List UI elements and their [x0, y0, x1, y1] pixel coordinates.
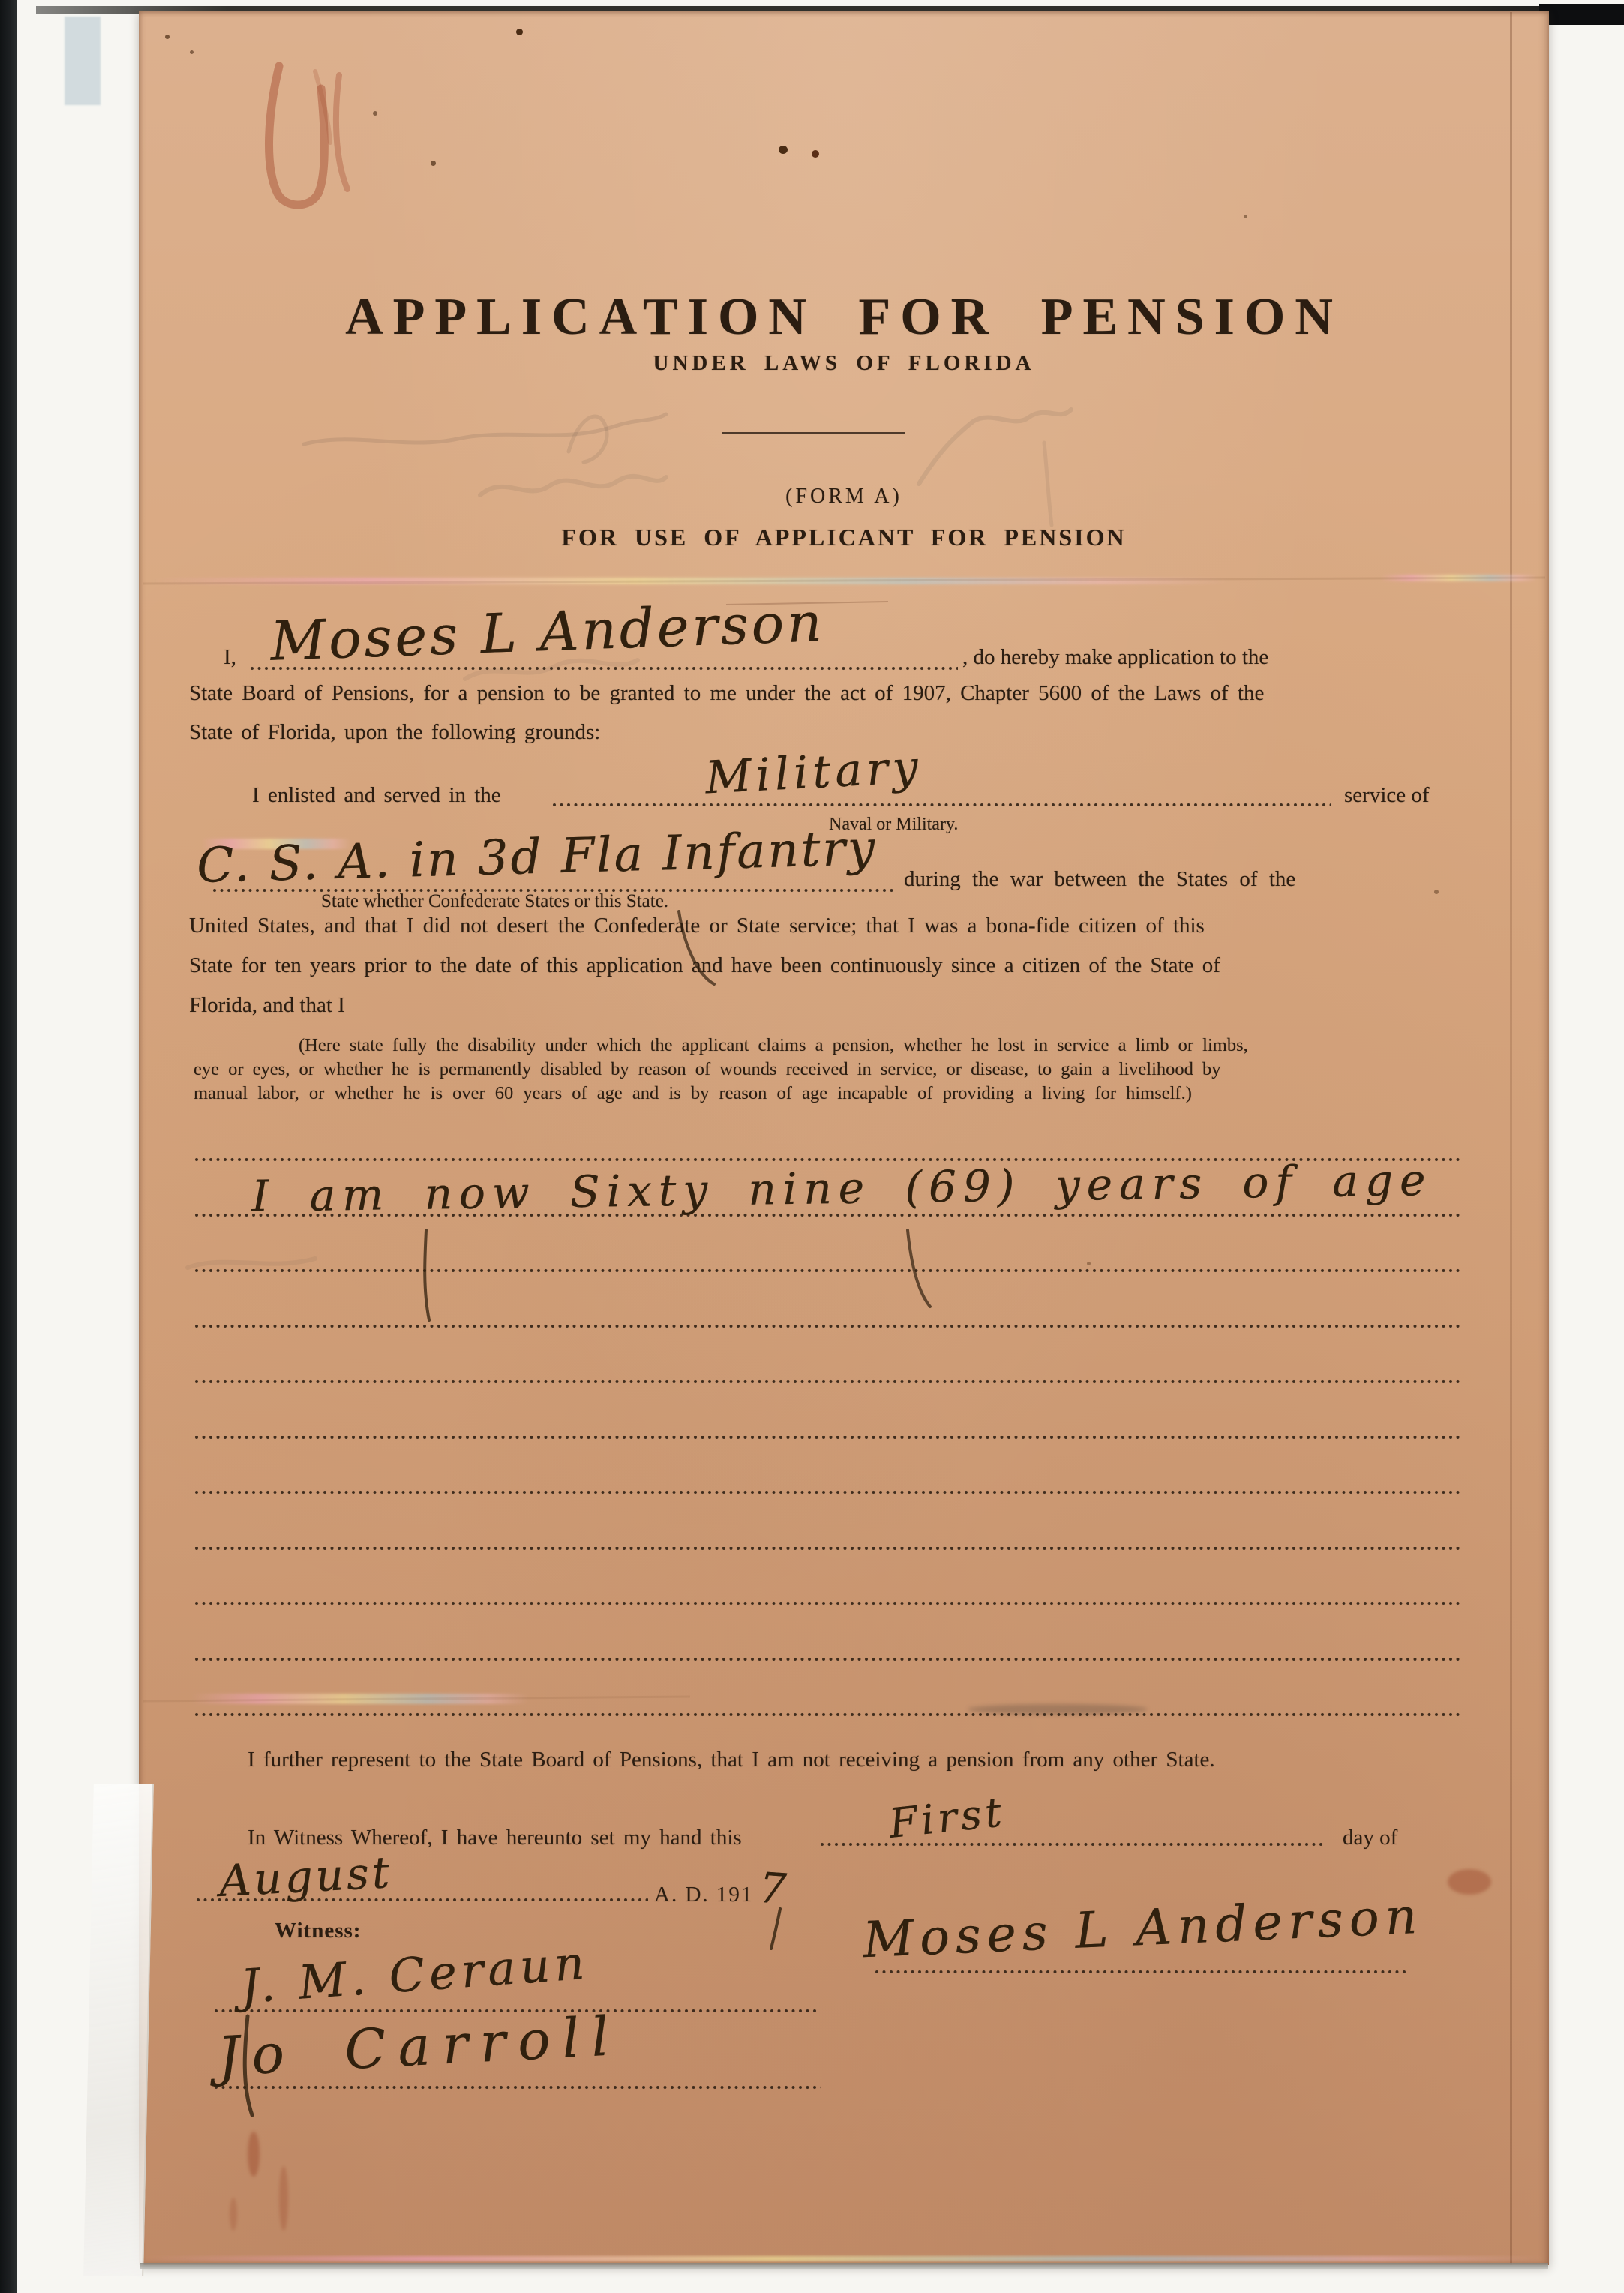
- oath-body-line3: Florida, and that I: [189, 993, 345, 1018]
- rust-stain: [279, 2166, 288, 2231]
- scanned-document-photo: APPLICATION FOR PENSION UNDER LAWS OF FL…: [0, 0, 1624, 2293]
- declaration-line: I further represent to the State Board o…: [248, 1748, 1215, 1772]
- day-of-label: day of: [1343, 1826, 1397, 1850]
- applicant-signature-line: [874, 1967, 1408, 1976]
- rust-stain: [230, 2198, 237, 2231]
- page-subtitle: UNDER LAWS OF FLORIDA: [139, 351, 1549, 376]
- handwritten-year-digit: 7: [758, 1864, 788, 1914]
- page-title: APPLICATION FOR PENSION: [139, 287, 1549, 347]
- service-branch-dotted-line: [551, 800, 1331, 809]
- unit-note: State whether Confederate States or this…: [321, 891, 668, 912]
- unit-suffix: during the war between the States of the: [904, 867, 1295, 892]
- ink-speck: [1087, 1262, 1091, 1265]
- ink-speck: [812, 150, 819, 158]
- header-divider: [722, 432, 905, 434]
- rust-stain: [248, 2132, 260, 2177]
- instructions-line3: manual labor, or whether he is over 60 y…: [194, 1083, 1192, 1104]
- page-edge-iridescence: [143, 2256, 1545, 2261]
- scan-corner-black-wedge: [1539, 4, 1624, 25]
- year-printed: A. D. 191: [654, 1883, 753, 1907]
- ink-speck: [431, 161, 436, 166]
- answer-line: [194, 1543, 1463, 1552]
- form-use-label: FOR USE OF APPLICANT FOR PENSION: [139, 524, 1549, 551]
- ink-speck: [779, 146, 788, 154]
- ink-speck: [1434, 890, 1439, 894]
- witness-whereof-prefix: In Witness Whereof, I have hereunto set …: [248, 1826, 742, 1850]
- form-label: (FORM A): [139, 485, 1549, 509]
- answer-line: [194, 1376, 1463, 1385]
- pencil-smudge: [968, 1704, 1148, 1715]
- enlisted-prefix: I enlisted and served in the: [252, 783, 501, 808]
- oath-line2: State Board of Pensions, for a pension t…: [189, 681, 1264, 706]
- oath-line1-prefix: I,: [224, 645, 236, 670]
- sleeve-edge-artifact: [65, 17, 101, 105]
- oath-body-line2: State for ten years prior to the date of…: [189, 953, 1220, 978]
- ink-speck: [1244, 215, 1247, 218]
- vertical-fold-crease: [1510, 12, 1512, 2265]
- answer-line: [194, 1487, 1463, 1496]
- ink-speck: [190, 50, 194, 54]
- ink-speck: [373, 111, 377, 116]
- answer-line: [194, 1709, 1463, 1718]
- witness-label: Witness:: [275, 1919, 361, 1943]
- handwritten-month: August: [218, 1847, 393, 1907]
- crease-glare: [191, 1694, 529, 1704]
- oath-body-line1: United States, and that I did not desert…: [189, 914, 1205, 938]
- oath-line1-suffix: , do hereby make application to the: [962, 645, 1268, 670]
- crease-glare: [1380, 575, 1538, 581]
- rust-stain: [1448, 1869, 1491, 1895]
- instructions-line2: eye or eyes, or whether he is permanentl…: [194, 1059, 1221, 1080]
- scan-edge-black-strip: [0, 0, 17, 2293]
- instructions-line1: (Here state fully the disability under w…: [299, 1035, 1248, 1056]
- ink-speck: [165, 35, 170, 39]
- oath-line3: State of Florida, upon the following gro…: [189, 720, 600, 745]
- ink-speck: [516, 29, 523, 35]
- answer-line: [194, 1654, 1463, 1663]
- answer-line: [194, 1321, 1463, 1330]
- enlisted-suffix: service of: [1344, 783, 1430, 808]
- crease-glare: [150, 578, 1230, 584]
- answer-line: [194, 1598, 1463, 1607]
- page-bottom-edge-shadow: [140, 2263, 1548, 2269]
- answer-line: [194, 1432, 1463, 1441]
- answer-line: [194, 1265, 1463, 1274]
- plastic-sleeve-edge: [83, 1784, 154, 2276]
